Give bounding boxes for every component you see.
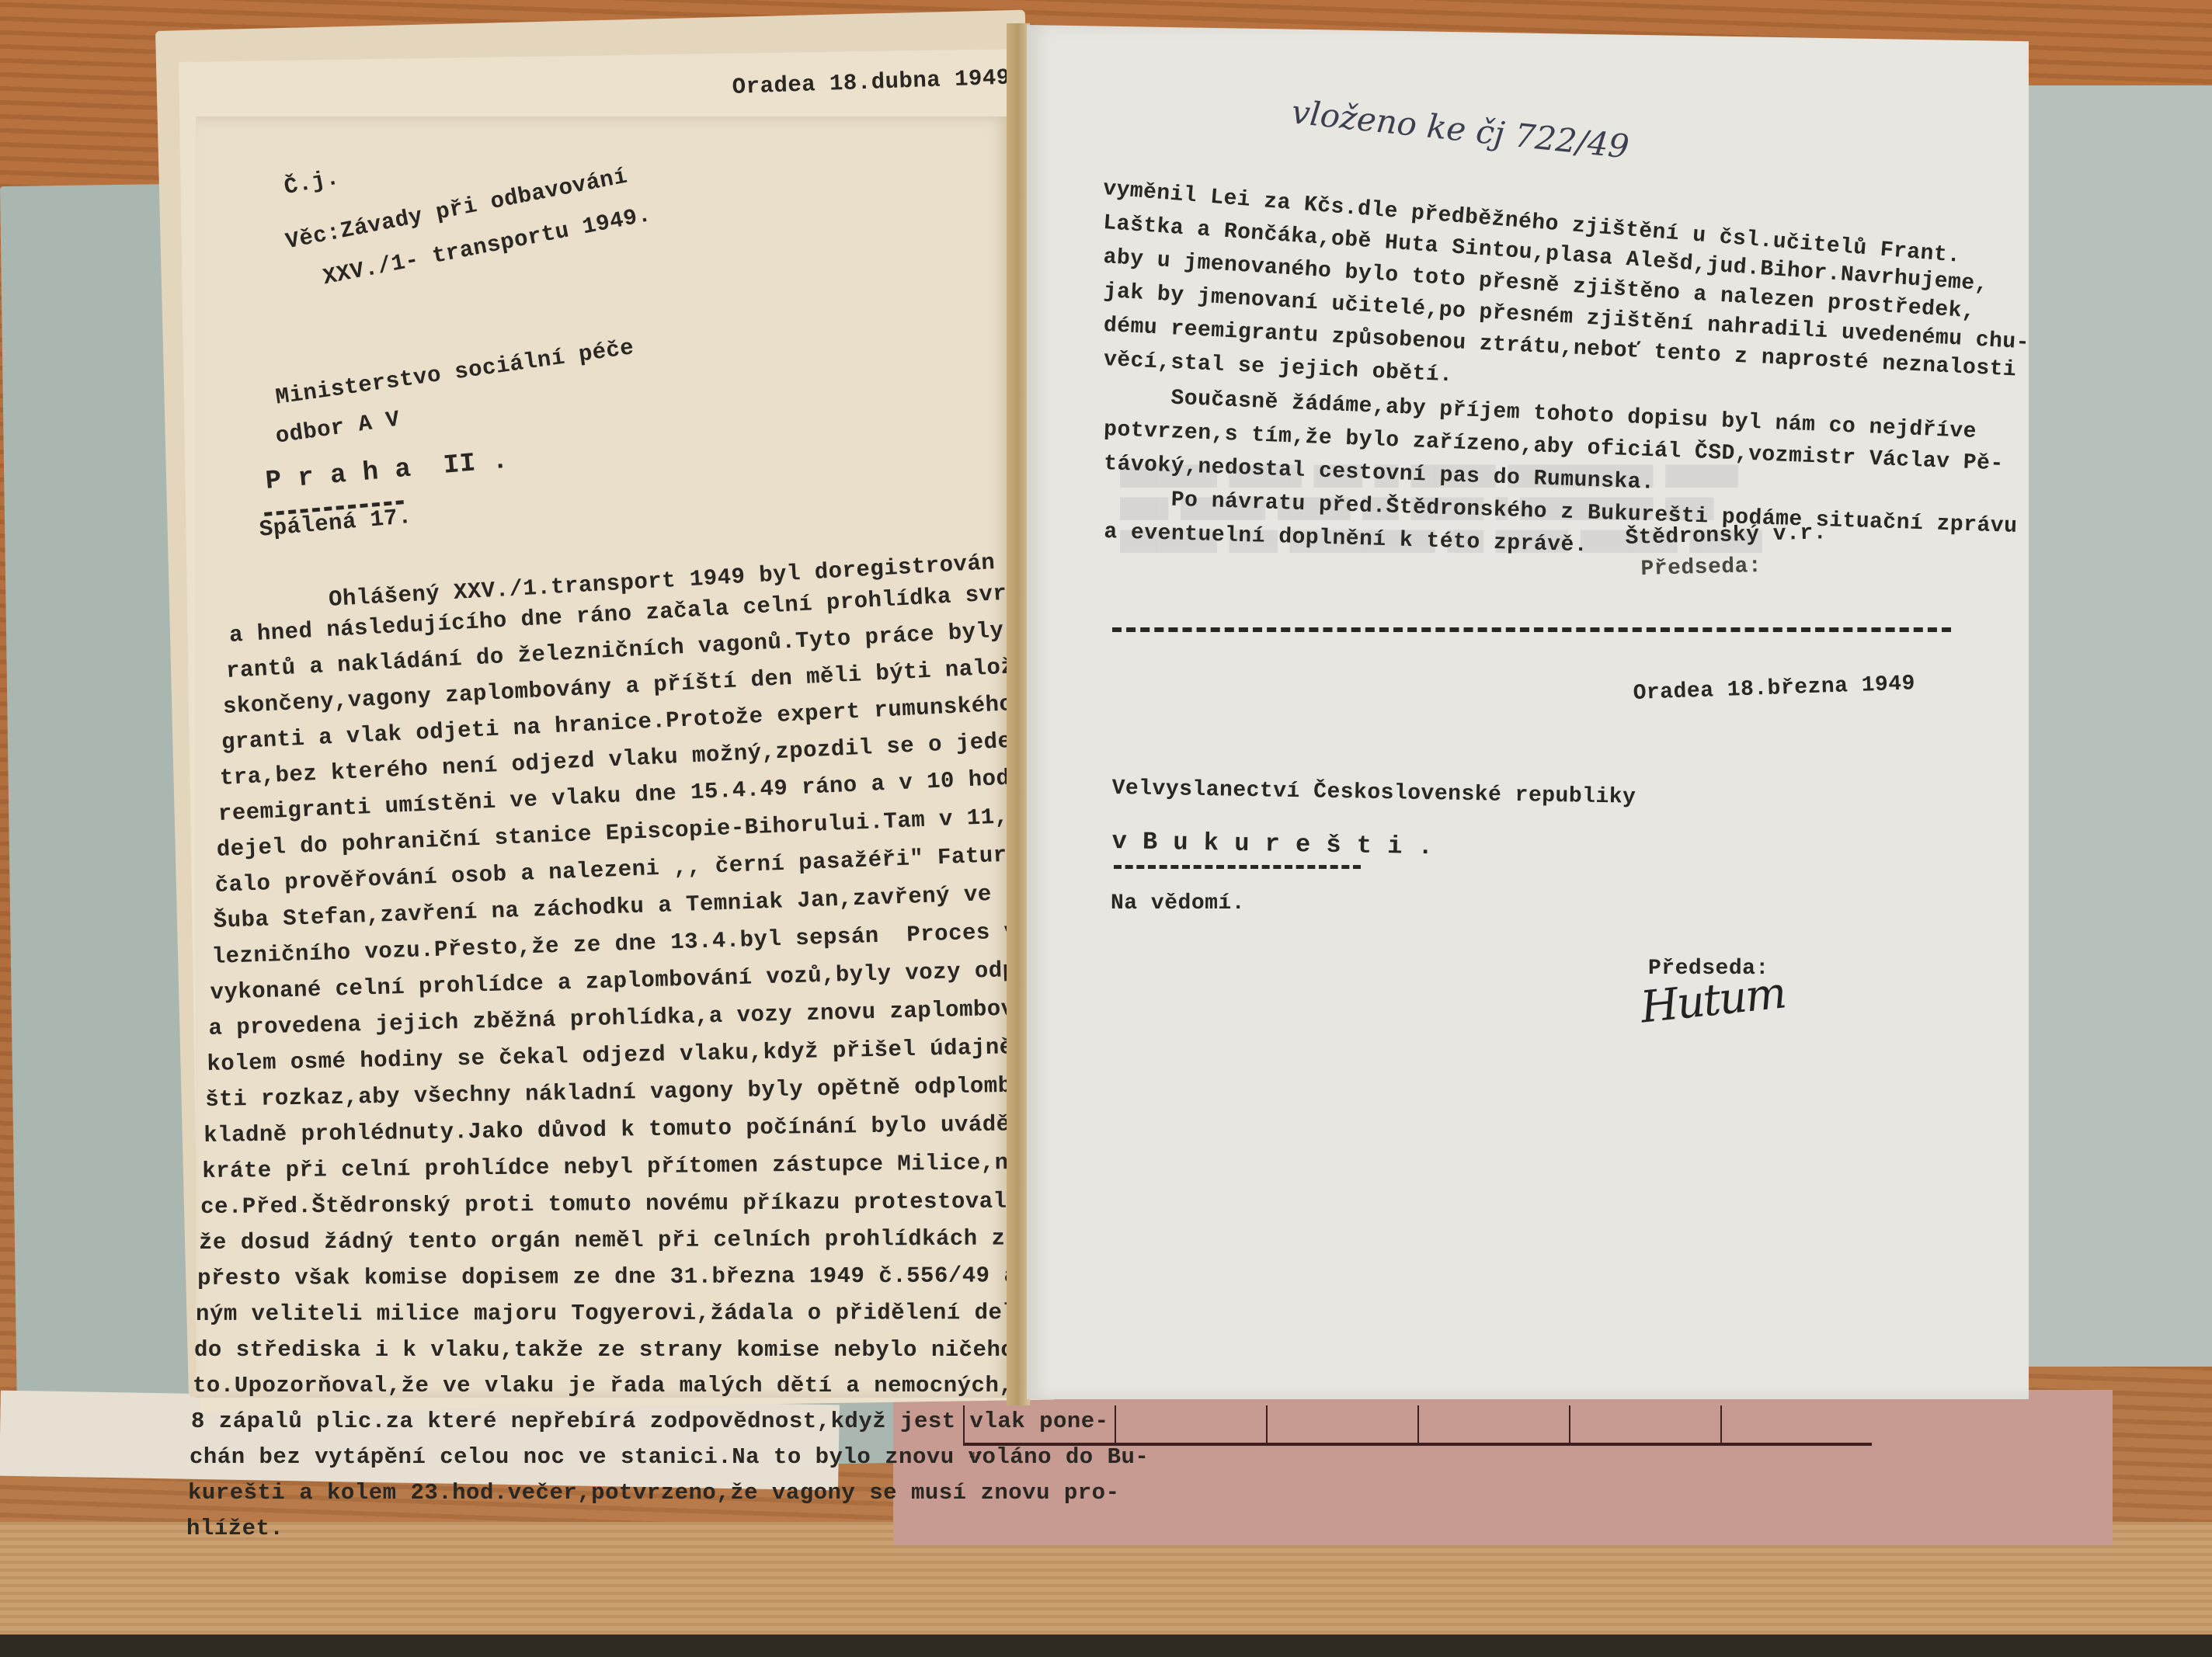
signature-typed-title: Předseda: <box>1640 550 1762 587</box>
second-addressee-line-1: Velvyslanectví Československé republiky <box>1111 772 1636 815</box>
second-letter-date: Oradea 18.března 1949 <box>1633 667 1916 711</box>
addressee-city: P r a h a II . <box>264 443 510 500</box>
body-line: přesto však komise dopisem ze dne 31.bře… <box>197 1258 1129 1297</box>
acknowledgement-note: Na vědomí. <box>1111 887 1245 921</box>
handwritten-filing-note: vloženo ke čj 722/49 <box>1290 92 1631 165</box>
body-line: 8 zápalů plic.za které nepřebírá zodpově… <box>191 1404 1109 1440</box>
addressee-underline <box>1114 865 1361 869</box>
body-line: kurešti a kolem 23.hod.večer,potvrzeno,ž… <box>188 1475 1120 1511</box>
body-line: že dosud žádný tento orgán neměl při cel… <box>199 1221 1145 1261</box>
left-letter-page: Oradea 18.dubna 1949. Č.j. Věc:Závady př… <box>196 116 1011 1398</box>
binding-gutter <box>1007 23 1030 1405</box>
addressee-line-1: Ministerstvo sociální péče <box>273 330 636 415</box>
second-addressee-line-2: v B u k u r e š t i . <box>1111 825 1433 864</box>
desk-dark-edge <box>0 1634 2212 1657</box>
reference-label: Č.j. <box>281 160 343 206</box>
addressee-street: Spálená 17. <box>258 499 413 548</box>
body-line: do střediska i k vlaku,takže ze strany k… <box>194 1332 1139 1368</box>
body-line: to.Upozorňoval,že ve vlaku je řada malýc… <box>193 1368 1097 1404</box>
body-line: hlížet. <box>186 1511 283 1547</box>
right-letter-page: ████████ ██████ ████ ██ ███████ ████████… <box>1027 25 2029 1399</box>
section-separator <box>1112 627 1951 632</box>
body-line: chán bez vytápění celou noc ve stanici.N… <box>190 1440 1149 1475</box>
body-line: ným veliteli milice majoru Togyerovi,žád… <box>196 1295 1086 1332</box>
